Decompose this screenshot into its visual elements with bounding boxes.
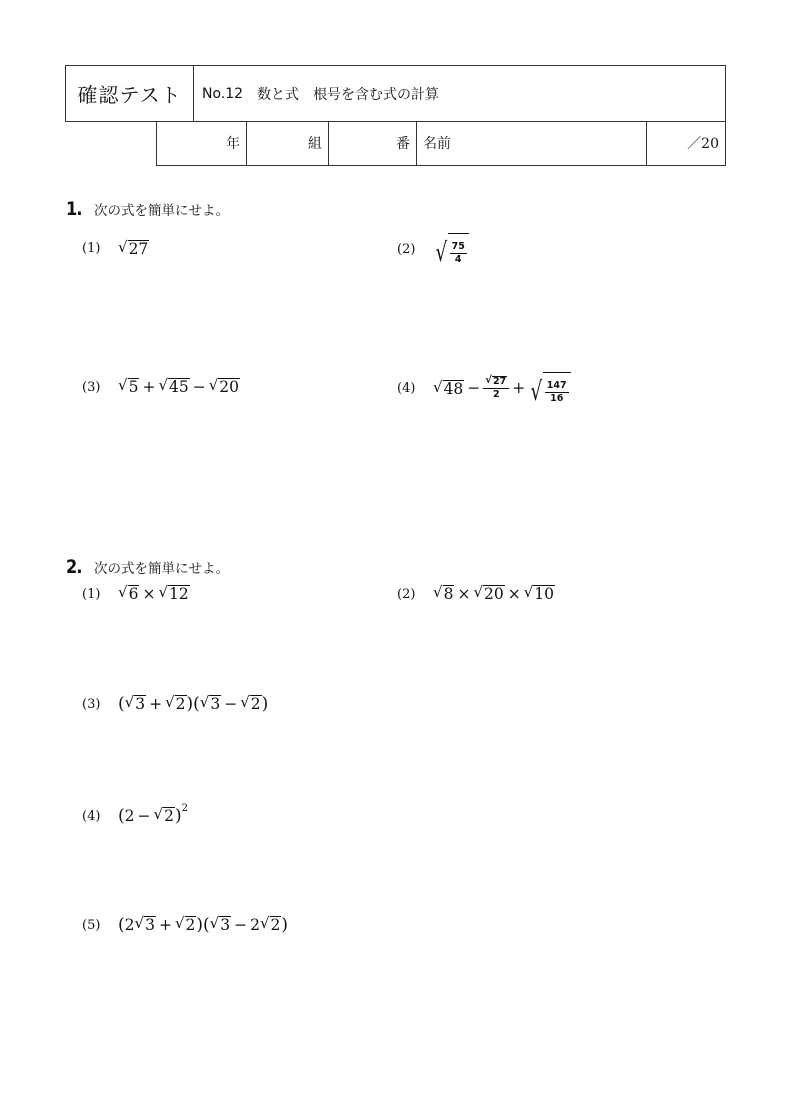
problem-label: (3) — [82, 380, 118, 395]
problem-label: (4) — [397, 381, 433, 396]
class-label: 組 — [308, 133, 322, 153]
section-1-heading: 1. 次の式を簡単にせよ。 — [66, 198, 229, 220]
score-label: ／20 — [687, 133, 719, 153]
section-2-heading: 2. 次の式を簡単にせよ。 — [66, 556, 229, 578]
name-field[interactable]: 名前 — [417, 121, 647, 165]
test-number: No.12 — [202, 86, 243, 102]
math-expression: ( √3 + √2 )( √3 − √2 ) — [118, 694, 268, 714]
problem-label: (1) — [82, 587, 118, 602]
problem-1-4: (4) √48 − √272 + √ 14716 — [397, 372, 571, 405]
math-expression: √ 754 — [433, 233, 469, 266]
test-subtopic: 根号を含む式の計算 — [313, 84, 439, 104]
test-title: 確認テスト — [66, 66, 194, 121]
problem-1-1: (1) √27 — [82, 240, 149, 257]
problem-label: (2) — [397, 587, 433, 602]
section-instruction: 次の式を簡単にせよ。 — [94, 199, 229, 219]
problem-2-3: (3) ( √3 + √2 )( √3 − √2 ) — [82, 694, 268, 714]
problem-2-4: (4) ( 2 − √2 )2 — [82, 806, 188, 826]
year-label: 年 — [226, 133, 240, 153]
radical: √27 — [118, 240, 149, 257]
test-subtitle: No.12 数と式 根号を含む式の計算 — [194, 66, 725, 121]
test-topic: 数と式 — [257, 84, 299, 104]
problem-2-5: (5) ( 2√3 + √2 )( √3 − 2√2 ) — [82, 915, 288, 935]
header-title-row: 確認テスト No.12 数と式 根号を含む式の計算 — [65, 65, 726, 122]
math-expression: √6 × √12 — [118, 585, 190, 603]
section-instruction: 次の式を簡単にせよ。 — [94, 557, 229, 577]
name-label: 名前 — [423, 133, 451, 153]
math-expression: √27 — [118, 240, 149, 257]
math-expression: ( 2√3 + √2 )( √3 − 2√2 ) — [118, 915, 288, 935]
problem-label: (4) — [82, 809, 118, 824]
student-number-field[interactable]: 番 — [329, 121, 417, 165]
problem-label: (5) — [82, 918, 118, 933]
problem-2-2: (2) √8 × √20 × √10 — [397, 585, 555, 603]
math-expression: √5 + √45 − √20 — [118, 378, 240, 396]
class-field[interactable]: 組 — [247, 121, 329, 165]
student-number-label: 番 — [396, 133, 410, 153]
problem-2-1: (1) √6 × √12 — [82, 585, 190, 603]
math-expression: ( 2 − √2 )2 — [118, 806, 188, 826]
section-number: 2. — [66, 556, 88, 578]
problem-1-3: (3) √5 + √45 − √20 — [82, 378, 240, 396]
math-expression: √48 − √272 + √ 14716 — [433, 372, 571, 405]
section-number: 1. — [66, 198, 88, 220]
radical: √ 754 — [433, 233, 469, 266]
student-info-row: 年 組 番 名前 ／20 — [156, 121, 726, 166]
score-field: ／20 — [647, 121, 725, 165]
math-expression: √8 × √20 × √10 — [433, 585, 555, 603]
year-field[interactable]: 年 — [157, 121, 247, 165]
problem-label: (2) — [397, 242, 433, 257]
problem-1-2: (2) √ 754 — [397, 233, 469, 266]
problem-label: (3) — [82, 697, 118, 712]
problem-label: (1) — [82, 241, 118, 256]
